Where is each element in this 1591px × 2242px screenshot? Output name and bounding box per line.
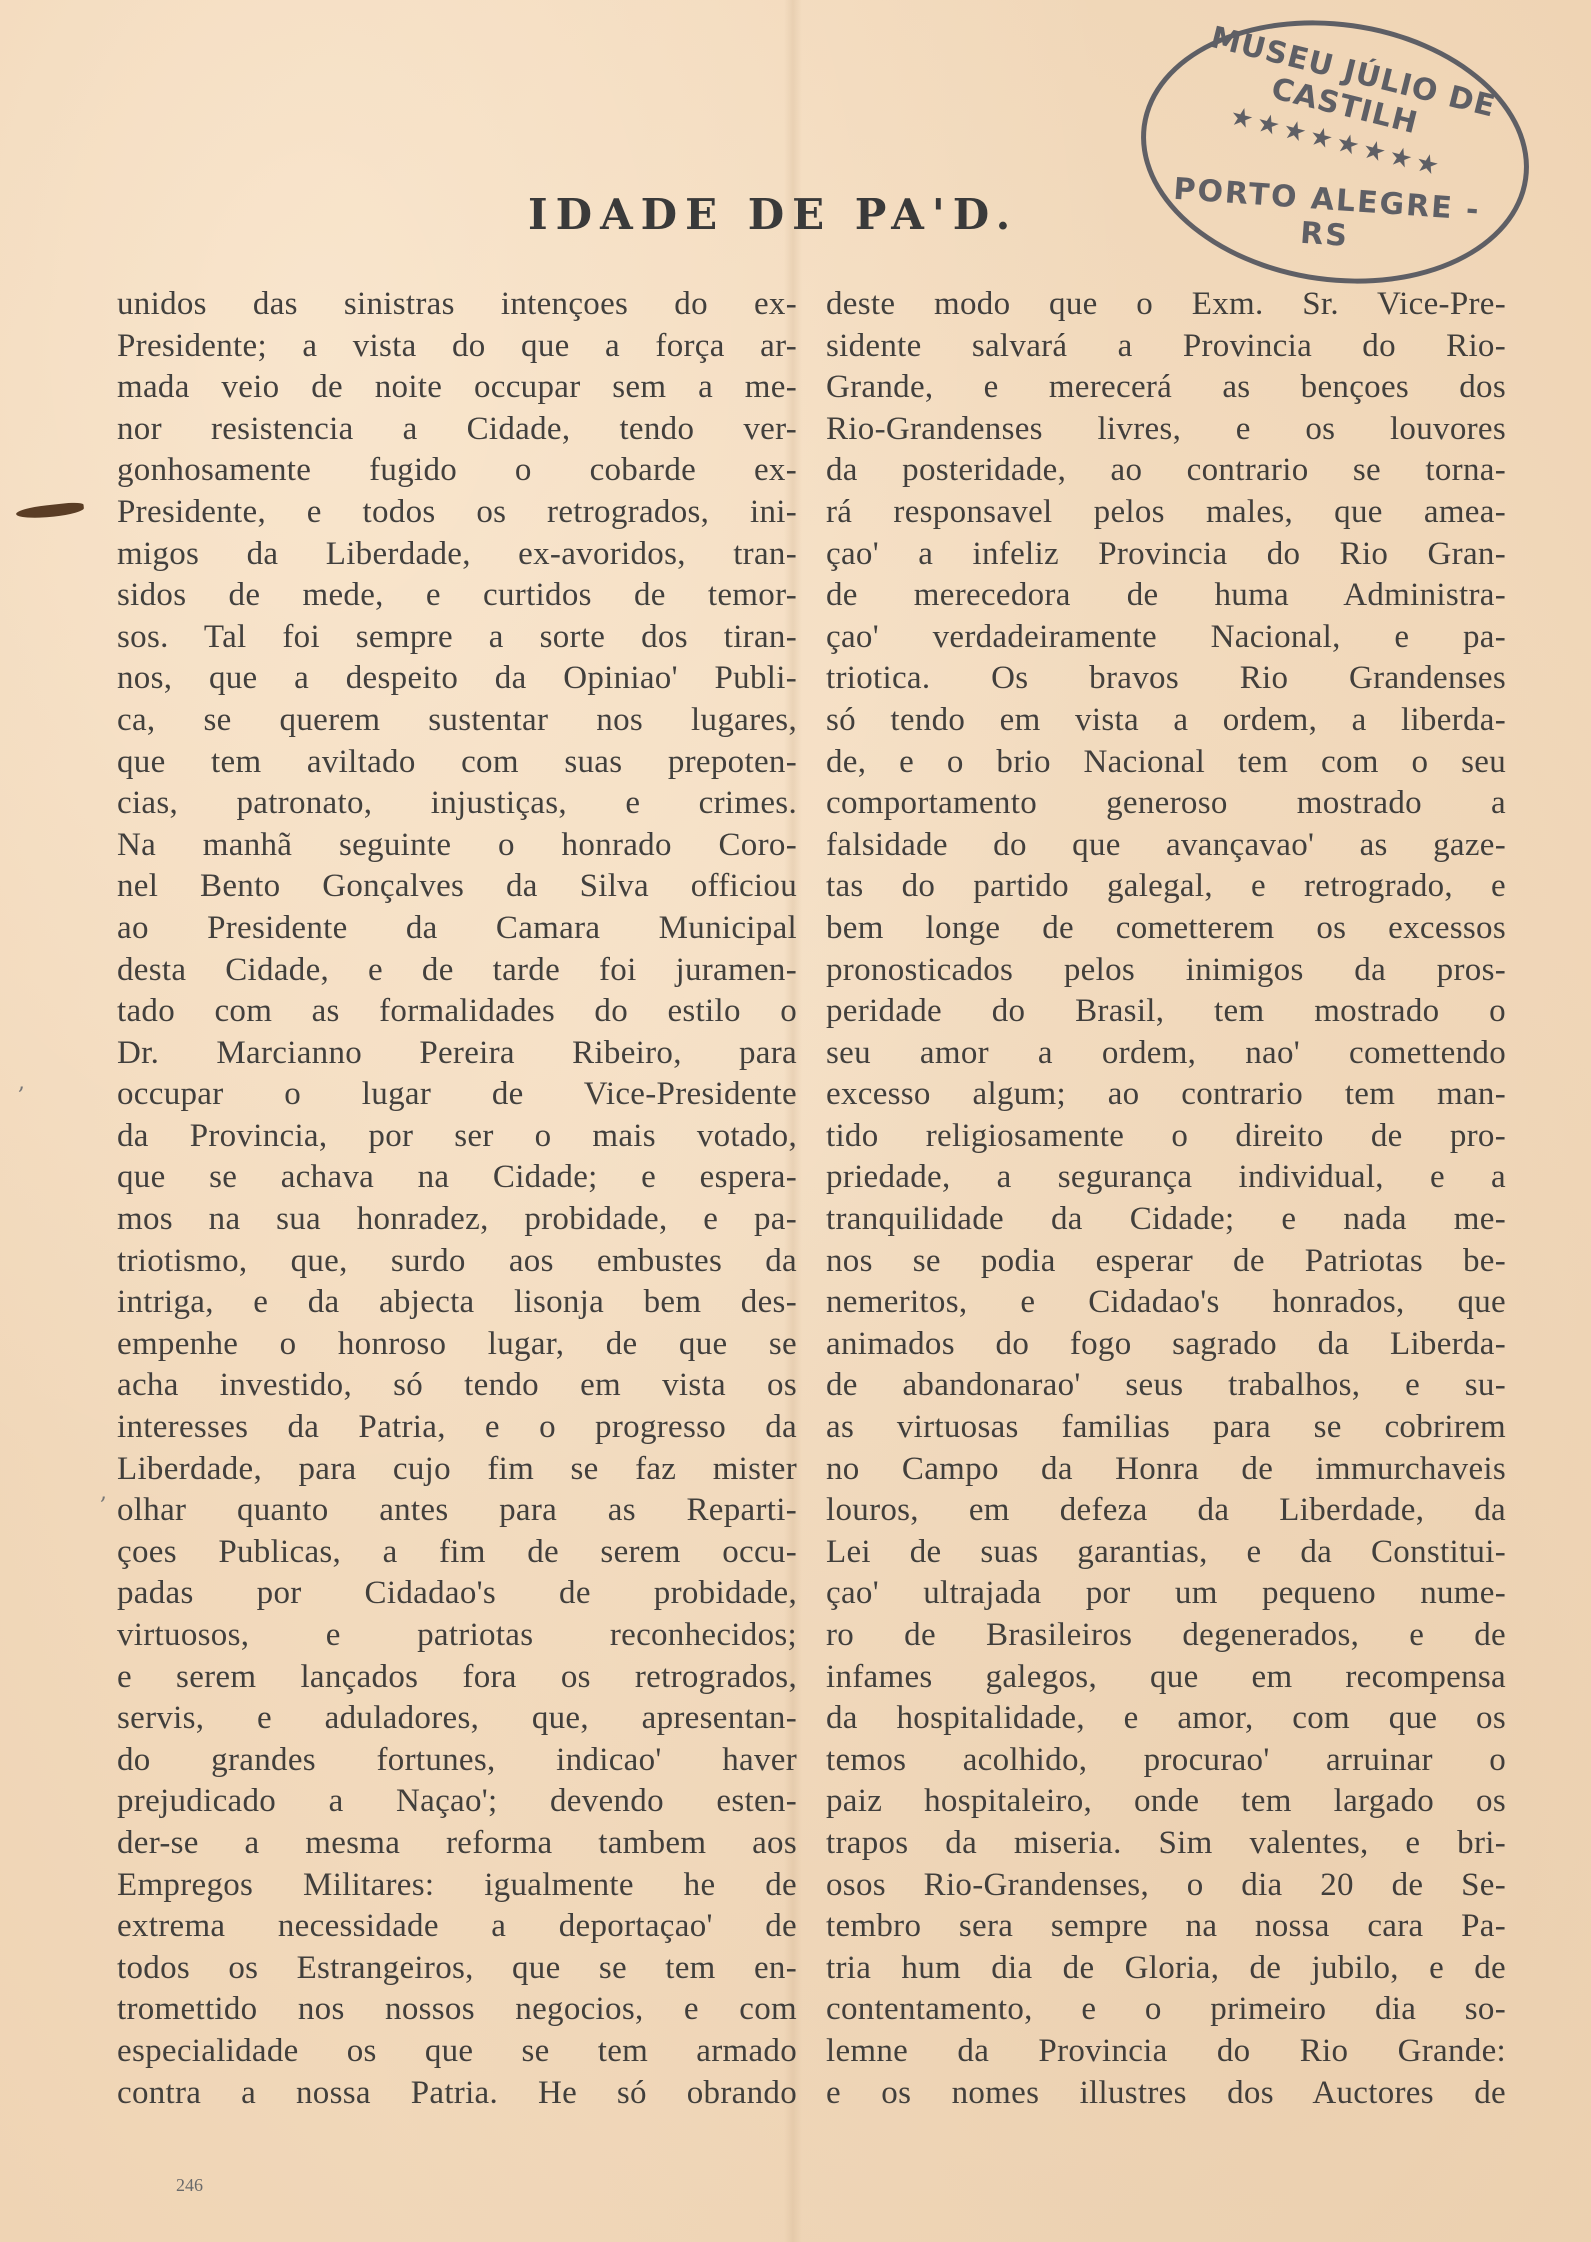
text-line: nel Bento Gonçalves da Silva officiou <box>117 866 797 908</box>
text-line: da posteridade, ao contrario se torna- <box>826 450 1506 492</box>
text-line: priedade, a segurança individual, e a <box>826 1157 1506 1199</box>
text-line: tria hum dia de Gloria, de jubilo, e de <box>826 1948 1506 1990</box>
text-line: especialidade os que se tem armado <box>117 2031 797 2073</box>
text-line: tado com as formalidades do estilo o <box>117 991 797 1033</box>
text-line: Liberdade, para cujo fim se faz mister <box>117 1449 797 1491</box>
text-line: osos Rio-Grandenses, o dia 20 de Se- <box>826 1865 1506 1907</box>
text-line: sos. Tal foi sempre a sorte dos tiran- <box>117 617 797 659</box>
text-line: desta Cidade, e de tarde foi juramen- <box>117 950 797 992</box>
text-line: só tendo em vista a ordem, a liberda- <box>826 700 1506 742</box>
text-line: lemne da Provincia do Rio Grande: <box>826 2031 1506 2073</box>
text-line: de abandonarao' seus trabalhos, e su- <box>826 1365 1506 1407</box>
left-column: unidos das sinistras intençoes do ex-Pre… <box>117 284 797 2114</box>
text-line: mada veio de noite occupar sem a me- <box>117 367 797 409</box>
text-line: paiz hospitaleiro, onde tem largado os <box>826 1781 1506 1823</box>
text-line: louros, em defeza da Liberdade, da <box>826 1490 1506 1532</box>
text-line: intriga, e da abjecta lisonja bem des- <box>117 1282 797 1324</box>
text-line: tembro sera sempre na nossa cara Pa- <box>826 1906 1506 1948</box>
page-title: IDADE DE PA'D. <box>528 190 1018 239</box>
text-line: ca, se querem sustentar nos lugares, <box>117 700 797 742</box>
text-line: peridade do Brasil, tem mostrado o <box>826 991 1506 1033</box>
text-line: nemeritos, e Cidadao's honrados, que <box>826 1282 1506 1324</box>
text-line: contra a nossa Patria. He só obrando <box>117 2073 797 2115</box>
text-line: virtuosos, e patriotas reconhecidos; <box>117 1615 797 1657</box>
text-line: Presidente; a vista do que a força ar- <box>117 326 797 368</box>
text-line: triotica. Os bravos Rio Grandenses <box>826 658 1506 700</box>
text-line: tido religiosamente o direito de pro- <box>826 1116 1506 1158</box>
text-line: infames galegos, que em recompensa <box>826 1657 1506 1699</box>
text-line: falsidade do que avançavao' as gaze- <box>826 825 1506 867</box>
text-line: tranquilidade da Cidade; e nada me- <box>826 1199 1506 1241</box>
text-line: extrema necessidade a deportaçao' de <box>117 1906 797 1948</box>
text-line: temos acolhido, procurao' arruinar o <box>826 1740 1506 1782</box>
text-line: que tem aviltado com suas prepoten- <box>117 742 797 784</box>
text-line: comportamento generoso mostrado a <box>826 783 1506 825</box>
text-line: trapos da miseria. Sim valentes, e bri- <box>826 1823 1506 1865</box>
text-line: que se achava na Cidade; e espera- <box>117 1157 797 1199</box>
text-line: interesses da Patria, e o progresso da <box>117 1407 797 1449</box>
text-line: tas do partido galegal, e retrogrado, e <box>826 866 1506 908</box>
text-line: unidos das sinistras intençoes do ex- <box>117 284 797 326</box>
text-line: da hospitalidade, e amor, com que os <box>826 1698 1506 1740</box>
text-line: no Campo da Honra de immurchaveis <box>826 1449 1506 1491</box>
text-line: todos os Estrangeiros, que se tem en- <box>117 1948 797 1990</box>
text-line: deste modo que o Exm. Sr. Vice-Pre- <box>826 284 1506 326</box>
text-line: empenhe o honroso lugar, de que se <box>117 1324 797 1366</box>
text-line: acha investido, só tendo em vista os <box>117 1365 797 1407</box>
text-line: Presidente, e todos os retrogrados, ini- <box>117 492 797 534</box>
text-line: çoes Publicas, a fim de serem occu- <box>117 1532 797 1574</box>
text-line: padas por Cidadao's de probidade, <box>117 1573 797 1615</box>
text-line: pronosticados pelos inimigos da pros- <box>826 950 1506 992</box>
right-column: deste modo que o Exm. Sr. Vice-Pre-siden… <box>826 284 1506 2114</box>
text-line: de, e o brio Nacional tem com o seu <box>826 742 1506 784</box>
text-line: animados do fogo sagrado da Liberda- <box>826 1324 1506 1366</box>
text-line: der-se a mesma reforma tambem aos <box>117 1823 797 1865</box>
text-line: Lei de suas garantias, e da Constitui- <box>826 1532 1506 1574</box>
text-line: nos, que a despeito da Opiniao' Publi- <box>117 658 797 700</box>
text-line: nor resistencia a Cidade, tendo ver- <box>117 409 797 451</box>
text-line: servis, e aduladores, que, apresentan- <box>117 1698 797 1740</box>
text-line: ao Presidente da Camara Municipal <box>117 908 797 950</box>
text-line: çao' ultrajada por um pequeno nume- <box>826 1573 1506 1615</box>
text-line: Na manhã seguinte o honrado Coro- <box>117 825 797 867</box>
text-line: tromettido nos nossos negocios, e com <box>117 1989 797 2031</box>
footer-mark: 246 <box>176 2175 203 2196</box>
text-line: seu amor a ordem, nao' comettendo <box>826 1033 1506 1075</box>
text-line: Empregos Militares: igualmente he de <box>117 1865 797 1907</box>
text-line: nos se podia esperar de Patriotas be- <box>826 1241 1506 1283</box>
text-line: çao' verdadeiramente Nacional, e pa- <box>826 617 1506 659</box>
text-line: Grande, e merecerá as bençoes dos <box>826 367 1506 409</box>
text-line: migos da Liberdade, ex-avoridos, tran- <box>117 534 797 576</box>
text-line: do grandes fortunes, indicao' haver <box>117 1740 797 1782</box>
text-line: sidente salvará a Provincia do Rio- <box>826 326 1506 368</box>
text-line: e serem lançados fora os retrogrados, <box>117 1657 797 1699</box>
text-line: de merecedora de huma Administra- <box>826 575 1506 617</box>
text-line: da Provincia, por ser o mais votado, <box>117 1116 797 1158</box>
margin-mark: , <box>100 1480 107 1505</box>
text-line: rá responsavel pelos males, que amea- <box>826 492 1506 534</box>
text-line: contentamento, e o primeiro dia so- <box>826 1989 1506 2031</box>
text-line: as virtuosas familias para se cobrirem <box>826 1407 1506 1449</box>
text-line: gonhosamente fugido o cobarde ex- <box>117 450 797 492</box>
text-line: Rio-Grandenses livres, e os louvores <box>826 409 1506 451</box>
text-line: occupar o lugar de Vice-Presidente <box>117 1074 797 1116</box>
text-line: prejudicado a Naçao'; devendo esten- <box>117 1781 797 1823</box>
text-line: mos na sua honradez, probidade, e pa- <box>117 1199 797 1241</box>
margin-mark: , <box>18 1070 25 1095</box>
text-line: sidos de mede, e curtidos de temor- <box>117 575 797 617</box>
text-line: olhar quanto antes para as Reparti- <box>117 1490 797 1532</box>
text-line: excesso algum; ao contrario tem man- <box>826 1074 1506 1116</box>
text-line: triotismo, que, surdo aos embustes da <box>117 1241 797 1283</box>
text-line: e os nomes illustres dos Auctores de <box>826 2073 1506 2115</box>
text-line: cias, patronato, injustiças, e crimes. <box>117 783 797 825</box>
text-line: çao' a infeliz Provincia do Rio Gran- <box>826 534 1506 576</box>
text-line: Dr. Marcianno Pereira Ribeiro, para <box>117 1033 797 1075</box>
text-line: bem longe de cometterem os excessos <box>826 908 1506 950</box>
text-line: ro de Brasileiros degenerados, e de <box>826 1615 1506 1657</box>
